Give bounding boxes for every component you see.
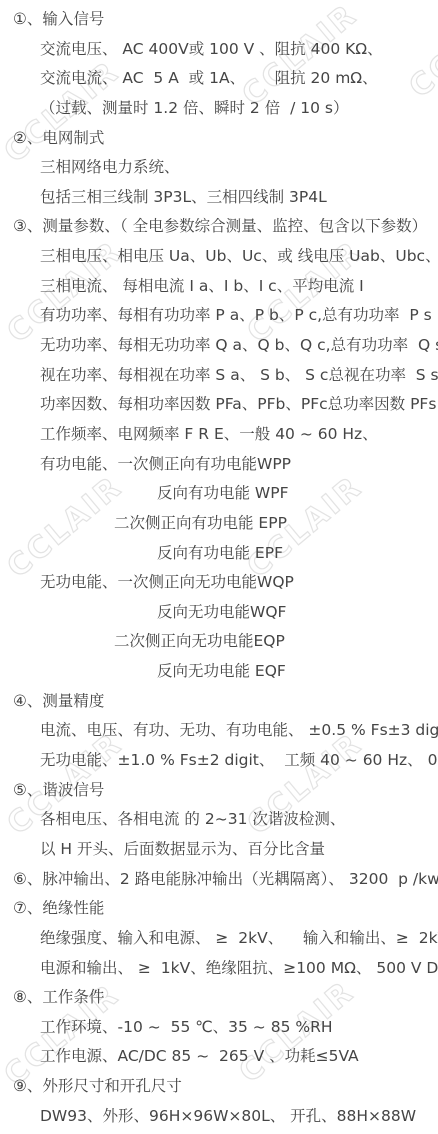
spec-line: DW93、外形、96H×96W×80L、 开孔、88H×88W [0,1102,438,1132]
spec-line: 交流电流、 AC 5 A 或 1A、 阻抗 20 mΩ、 [0,64,438,94]
section-heading: ④、测量精度 [0,687,438,717]
spec-line: 无功电能、±1.0 % Fs±2 digit、 工频 40 ~ 60 Hz、 0… [0,746,438,776]
spec-line: 反向无功电能 EQF [0,657,438,687]
spec-line: 反向有功电能 EPF [0,539,438,569]
spec-line: 功率因数、每相功率因数 PFa、PFb、PFc总功率因数 PFs [0,390,438,420]
section-heading: ⑥、脉冲输出、2 路电能脉冲输出（光耦隔离）、 3200 p /kwh [0,865,438,895]
spec-line: 工作频率、电网频率 F R E、一般 40 ~ 60 Hz、 [0,420,438,450]
spec-line: 三相电流、 每相电流 I a、I b、I c、平均电流 I [0,272,438,302]
section-heading: ③、测量参数、（ 全电参数综合测量、监控、包含以下参数） [0,212,438,242]
spec-text-block: ①、输入信号交流电压、 AC 400V或 100 V 、阻抗 400 KΩ、交流… [0,0,438,1134]
section-heading: ⑤、谐波信号 [0,776,438,806]
spec-document-page: CCLAIRCCLAIRCCLAIRCCLAIRCCLAIRCCLAIRCCLA… [0,0,438,1134]
spec-line: 二次侧正向有功电能 EPP [0,509,438,539]
spec-line: 绝缘强度、输入和电源、 ≥ 2kV、 输入和输出、≥ 2kV [0,924,438,954]
spec-line: 三相电压、相电压 Ua、Ub、Uc、或 线电压 Uab、Ubc、Uca [0,242,438,272]
section-heading: ②、电网制式 [0,124,438,154]
spec-line: 以 H 开头、后面数据显示为、百分比含量 [0,835,438,865]
section-heading: ①、输入信号 [0,5,438,35]
spec-line: 三相网络电力系统、 [0,153,438,183]
section-heading: ⑧、工作条件 [0,983,438,1013]
spec-line: 反向有功电能 WPF [0,479,438,509]
spec-line: 电流、电压、有功、无功、有功电能、 ±0.5 % Fs±3 digit 、 [0,716,438,746]
spec-line: 有功电能、一次侧正向有功电能WPP [0,450,438,480]
spec-line: 视在功率、每相视在功率 S a、 S b、 S c总视在功率 S s [0,361,438,391]
spec-line: 工作电源、AC/DC 85 ~ 265 V 、功耗≤5VA [0,1042,438,1072]
spec-line: 各相电压、各相电流 的 2~31 次谐波检测、 [0,805,438,835]
spec-line: 无功功率、每相无功功率 Q a、Q b、Q c,总有功功率 Q s [0,331,438,361]
spec-line: 二次侧正向无功电能EQP [0,627,438,657]
section-heading: ⑦、绝缘性能 [0,894,438,924]
spec-line: （过载、测量时 1.2 倍、瞬时 2 倍 / 10 s） [0,94,438,124]
spec-line: 包括三相三线制 3P3L、三相四线制 3P4L [0,183,438,213]
spec-line: 工作环境、-10 ~ 55 ℃、35 ~ 85 %RH [0,1013,438,1043]
spec-line: 电源和输出、 ≥ 1kV、绝缘阻抗、≥100 MΩ、 500 V DC [0,954,438,984]
spec-line: 无功电能、一次侧正向无功电能WQP [0,568,438,598]
spec-line: 交流电压、 AC 400V或 100 V 、阻抗 400 KΩ、 [0,35,438,65]
section-heading: ⑨、外形尺寸和开孔尺寸 [0,1072,438,1102]
spec-line: 有功功率、每相有功功率 P a、P b、P c,总有功功率 P s [0,301,438,331]
spec-line: 反向无功电能WQF [0,598,438,628]
